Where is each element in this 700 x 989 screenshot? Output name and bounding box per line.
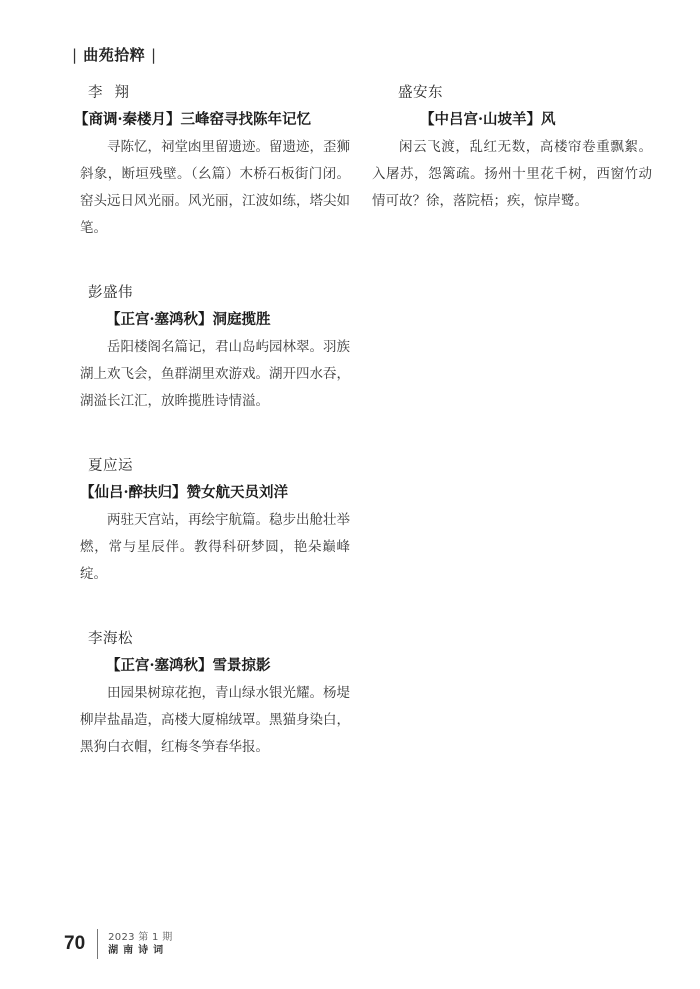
- page-footer: 70 2023 第 1 期 湖南诗词: [64, 929, 173, 959]
- header-bar-right: |: [151, 46, 157, 64]
- poem: 夏应运 【仙吕·醉扶归】赞女航天员刘洋 两驻天宫站，再绘宇航篇。稳步出舱壮举燃，…: [80, 453, 350, 588]
- poem-title: 【仙吕·醉扶归】赞女航天员刘洋: [80, 479, 350, 507]
- poem-title: 【中吕宫·山坡羊】风: [372, 106, 652, 134]
- footer-meta: 2023 第 1 期 湖南诗词: [108, 932, 172, 957]
- poem: 李翔 【商调·秦楼月】三峰窑寻找陈年记忆 寻陈忆，祠堂凼里留遗迹。留遗迹，歪狮斜…: [80, 80, 350, 242]
- section-title: 曲苑拾粹: [83, 46, 145, 64]
- poem-body: 寻陈忆，祠堂凼里留遗迹。留遗迹，歪狮斜象，断垣残壁。（幺篇）木桥石板街门闭。窑头…: [80, 134, 350, 242]
- right-column: 盛安东 【中吕宫·山坡羊】风 闲云飞渡，乱红无数，高楼帘卷重飘絮。入屠苏，怨篱疏…: [372, 80, 652, 249]
- section-header: | 曲苑拾粹 |: [72, 44, 157, 65]
- poem-author: 彭盛伟: [80, 280, 350, 306]
- poem-title: 【商调·秦楼月】三峰窑寻找陈年记忆: [74, 106, 350, 134]
- poem-author: 李海松: [80, 626, 350, 652]
- poem-author: 盛安东: [372, 80, 652, 106]
- poem-author: 李翔: [80, 80, 350, 106]
- issue-label: 2023 第 1 期: [108, 932, 172, 944]
- poem-author: 夏应运: [80, 453, 350, 479]
- poem: 盛安东 【中吕宫·山坡羊】风 闲云飞渡，乱红无数，高楼帘卷重飘絮。入屠苏，怨篱疏…: [372, 80, 652, 215]
- poem: 彭盛伟 【正宫·塞鸿秋】洞庭揽胜 岳阳楼阁名篇记，君山岛屿园林翠。羽族湖上欢飞会…: [80, 280, 350, 415]
- left-column: 李翔 【商调·秦楼月】三峰窑寻找陈年记忆 寻陈忆，祠堂凼里留遗迹。留遗迹，歪狮斜…: [80, 80, 350, 795]
- footer-divider: [97, 929, 98, 959]
- poem-title: 【正宫·塞鸿秋】雪景掠影: [80, 652, 350, 680]
- magazine-name: 湖南诗词: [108, 944, 172, 957]
- header-bar-left: |: [72, 46, 78, 64]
- poem-title: 【正宫·塞鸿秋】洞庭揽胜: [80, 306, 350, 334]
- poem-body: 田园果树琼花抱，青山绿水银光耀。杨堤柳岸盐晶造，高楼大厦棉绒罩。黑猫身染白，黑狗…: [80, 680, 350, 761]
- poem-body: 闲云飞渡，乱红无数，高楼帘卷重飘絮。入屠苏，怨篱疏。扬州十里花千树，西窗竹动情可…: [372, 134, 652, 215]
- poem: 李海松 【正宫·塞鸿秋】雪景掠影 田园果树琼花抱，青山绿水银光耀。杨堤柳岸盐晶造…: [80, 626, 350, 761]
- poem-body: 两驻天宫站，再绘宇航篇。稳步出舱壮举燃，常与星辰伴。教得科研梦圆，艳朵巅峰绽。: [80, 507, 350, 588]
- poem-body: 岳阳楼阁名篇记，君山岛屿园林翠。羽族湖上欢飞会，鱼群湖里欢游戏。湖开四水吞，湖溢…: [80, 334, 350, 415]
- page-number: 70: [64, 933, 85, 955]
